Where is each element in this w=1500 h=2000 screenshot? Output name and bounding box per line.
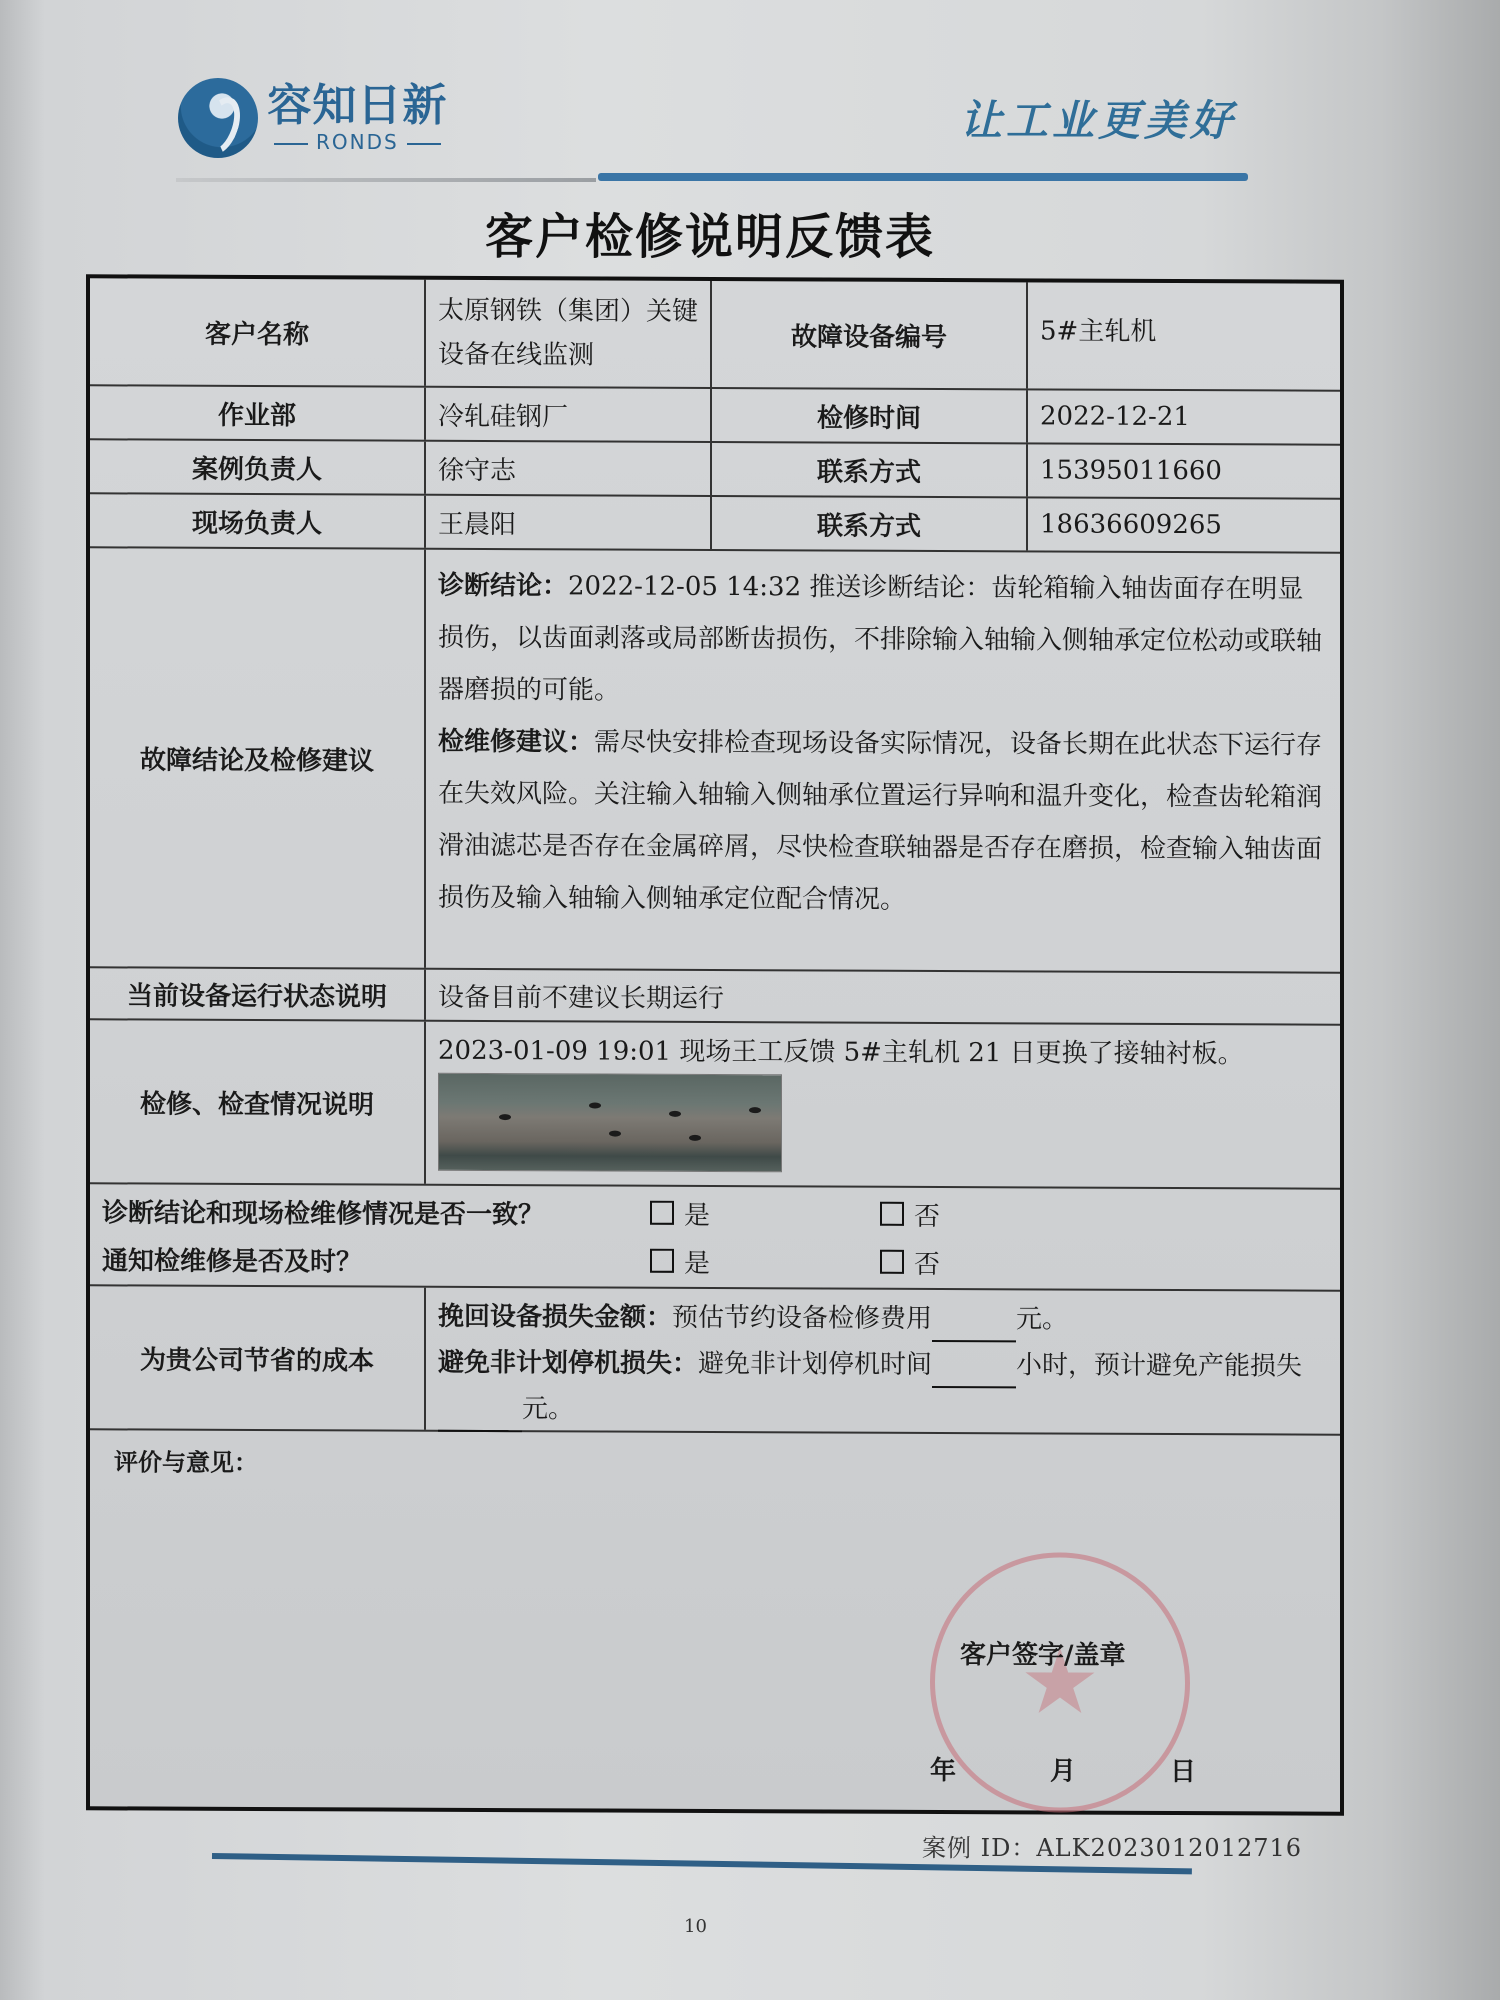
consistency-check-row: 诊断结论和现场检维修情况是否一致？ 是 否 xyxy=(90,1186,1340,1239)
customer-name-label: 客户名称 xyxy=(90,278,426,385)
date-month-label: 月 xyxy=(1050,1750,1076,1787)
page-number: 10 xyxy=(684,1916,707,1937)
advice-title: 检维修建议： xyxy=(438,727,594,758)
ronds-logo: 容知日新 RONDS xyxy=(178,78,449,158)
run-status-label: 当前设备运行状态说明 xyxy=(90,968,426,1019)
page-title: 客户检修说明反馈表 xyxy=(0,198,1420,267)
contact-value: 18636609265 xyxy=(1028,498,1340,551)
logo-chinese-name: 容知日新 xyxy=(267,82,447,130)
consistency-yes-checkbox[interactable] xyxy=(650,1201,674,1225)
downtime-unit: 小时，预计避免产能损失 xyxy=(1016,1350,1302,1381)
table-row: 作业部 冷轧硅钢厂 检修时间 2022-12-21 xyxy=(90,386,1340,445)
inspection-label: 检修、检查情况说明 xyxy=(90,1020,426,1183)
logo-english-name: RONDS xyxy=(266,130,449,154)
recover-title: 挽回设备损失金额： xyxy=(438,1302,672,1333)
customer-name-value: 太原钢铁（集团）关键设备在线监测 xyxy=(426,280,712,387)
case-owner-value: 徐守志 xyxy=(426,442,712,495)
fault-conclusion-content: 诊断结论：2022-12-05 14:32 推送诊断结论：齿轮箱输入轴齿面存在明… xyxy=(426,550,1340,972)
fault-conclusion-label: 故障结论及检修建议 xyxy=(90,548,426,967)
device-id-label: 故障设备编号 xyxy=(712,281,1028,388)
table-row: 为贵公司节省的成本 挽回设备损失金额：预估节约设备检修费用元。 避免非计划停机损… xyxy=(90,1286,1340,1435)
downtime-title: 避免非计划停机损失： xyxy=(438,1348,698,1379)
inspection-content: 2023-01-09 19:01 现场王工反馈 5#主轧机 21 日更换了接轴衬… xyxy=(426,1022,1340,1188)
document-page: 容知日新 RONDS 让工业更美好 客户检修说明反馈表 客户名称 太原钢铁（集团… xyxy=(0,0,1500,2000)
signature-label: 客户签字/盖章 xyxy=(960,1634,1126,1672)
downtime-text: 避免非计划停机时间 xyxy=(698,1349,932,1380)
table-row: 当前设备运行状态说明 设备目前不建议长期运行 xyxy=(90,968,1340,1025)
diagnosis-text: 2022-12-05 14:32 推送诊断结论：齿轮箱输入轴齿面存在明显损伤，以… xyxy=(438,571,1322,705)
recover-text: 预估节约设备检修费用 xyxy=(672,1303,932,1334)
evaluation-section: 评价与意见： ★ 客户签字/盖章 年 月 日 xyxy=(90,1430,1340,1811)
timeliness-yes-checkbox[interactable] xyxy=(650,1249,674,1273)
diagnosis-title: 诊断结论： xyxy=(438,571,568,602)
no-label: 否 xyxy=(914,1195,940,1232)
site-owner-value: 王晨阳 xyxy=(426,496,712,549)
department-label: 作业部 xyxy=(90,386,426,439)
repair-time-value: 2022-12-21 xyxy=(1028,390,1340,443)
header-divider-grey xyxy=(176,178,596,182)
table-row: 诊断结论和现场检维修情况是否一致？ 是 否 通知检维修是否及时？ 是 否 xyxy=(90,1184,1340,1291)
table-row: 故障结论及检修建议 诊断结论：2022-12-05 14:32 推送诊断结论：齿… xyxy=(90,548,1340,973)
cost-savings-label: 为贵公司节省的成本 xyxy=(90,1286,426,1429)
case-owner-label: 案例负责人 xyxy=(90,440,426,493)
ronds-logo-icon xyxy=(178,78,258,158)
consistency-question: 诊断结论和现场检维修情况是否一致？ xyxy=(102,1192,650,1231)
capacity-unit: 元。 xyxy=(522,1394,574,1424)
slogan: 让工业更美好 xyxy=(960,88,1236,148)
evaluation-label: 评价与意见： xyxy=(114,1442,258,1478)
run-status-value: 设备目前不建议长期运行 xyxy=(426,970,1340,1024)
yes-label: 是 xyxy=(684,1194,710,1231)
timeliness-no-checkbox[interactable] xyxy=(880,1250,904,1274)
table-row: 检修、检查情况说明 2023-01-09 19:01 现场王工反馈 5#主轧机 … xyxy=(90,1020,1340,1189)
cost-savings-content: 挽回设备损失金额：预估节约设备检修费用元。 避免非计划停机损失：避免非计划停机时… xyxy=(426,1288,1340,1434)
device-id-value: 5#主轧机 xyxy=(1028,282,1340,389)
timeliness-check-row: 通知检维修是否及时？ 是 否 xyxy=(90,1234,1340,1287)
contact-label: 联系方式 xyxy=(712,443,1028,496)
date-year-label: 年 xyxy=(930,1750,956,1787)
downtime-hours-blank[interactable] xyxy=(932,1362,1016,1388)
recover-amount-blank[interactable] xyxy=(932,1316,1016,1342)
timeliness-question: 通知检维修是否及时？ xyxy=(102,1240,650,1279)
department-value: 冷轧硅钢厂 xyxy=(426,388,712,441)
table-row: 客户名称 太原钢铁（集团）关键设备在线监测 故障设备编号 5#主轧机 xyxy=(90,278,1340,391)
site-owner-label: 现场负责人 xyxy=(90,494,426,547)
contact-value: 15395011660 xyxy=(1028,444,1340,497)
consistency-no-checkbox[interactable] xyxy=(880,1202,904,1226)
contact-label: 联系方式 xyxy=(712,497,1028,550)
date-day-label: 日 xyxy=(1170,1751,1196,1788)
table-row: 案例负责人 徐守志 联系方式 15395011660 xyxy=(90,440,1340,499)
case-id: 案例 ID：ALK2023012012716 xyxy=(922,1828,1302,1863)
repair-time-label: 检修时间 xyxy=(712,389,1028,442)
header-divider-blue xyxy=(598,173,1248,181)
inspection-text: 2023-01-09 19:01 现场王工反馈 5#主轧机 21 日更换了接轴衬… xyxy=(438,1030,1244,1071)
no-label: 否 xyxy=(914,1243,940,1280)
recover-unit: 元。 xyxy=(1016,1304,1068,1334)
capacity-loss-blank[interactable] xyxy=(438,1406,522,1432)
liner-plate-photo xyxy=(438,1073,782,1173)
yes-label: 是 xyxy=(684,1242,710,1279)
feedback-form-table: 客户名称 太原钢铁（集团）关键设备在线监测 故障设备编号 5#主轧机 作业部 冷… xyxy=(86,274,1344,1815)
table-row: 现场负责人 王晨阳 联系方式 18636609265 xyxy=(90,494,1340,553)
